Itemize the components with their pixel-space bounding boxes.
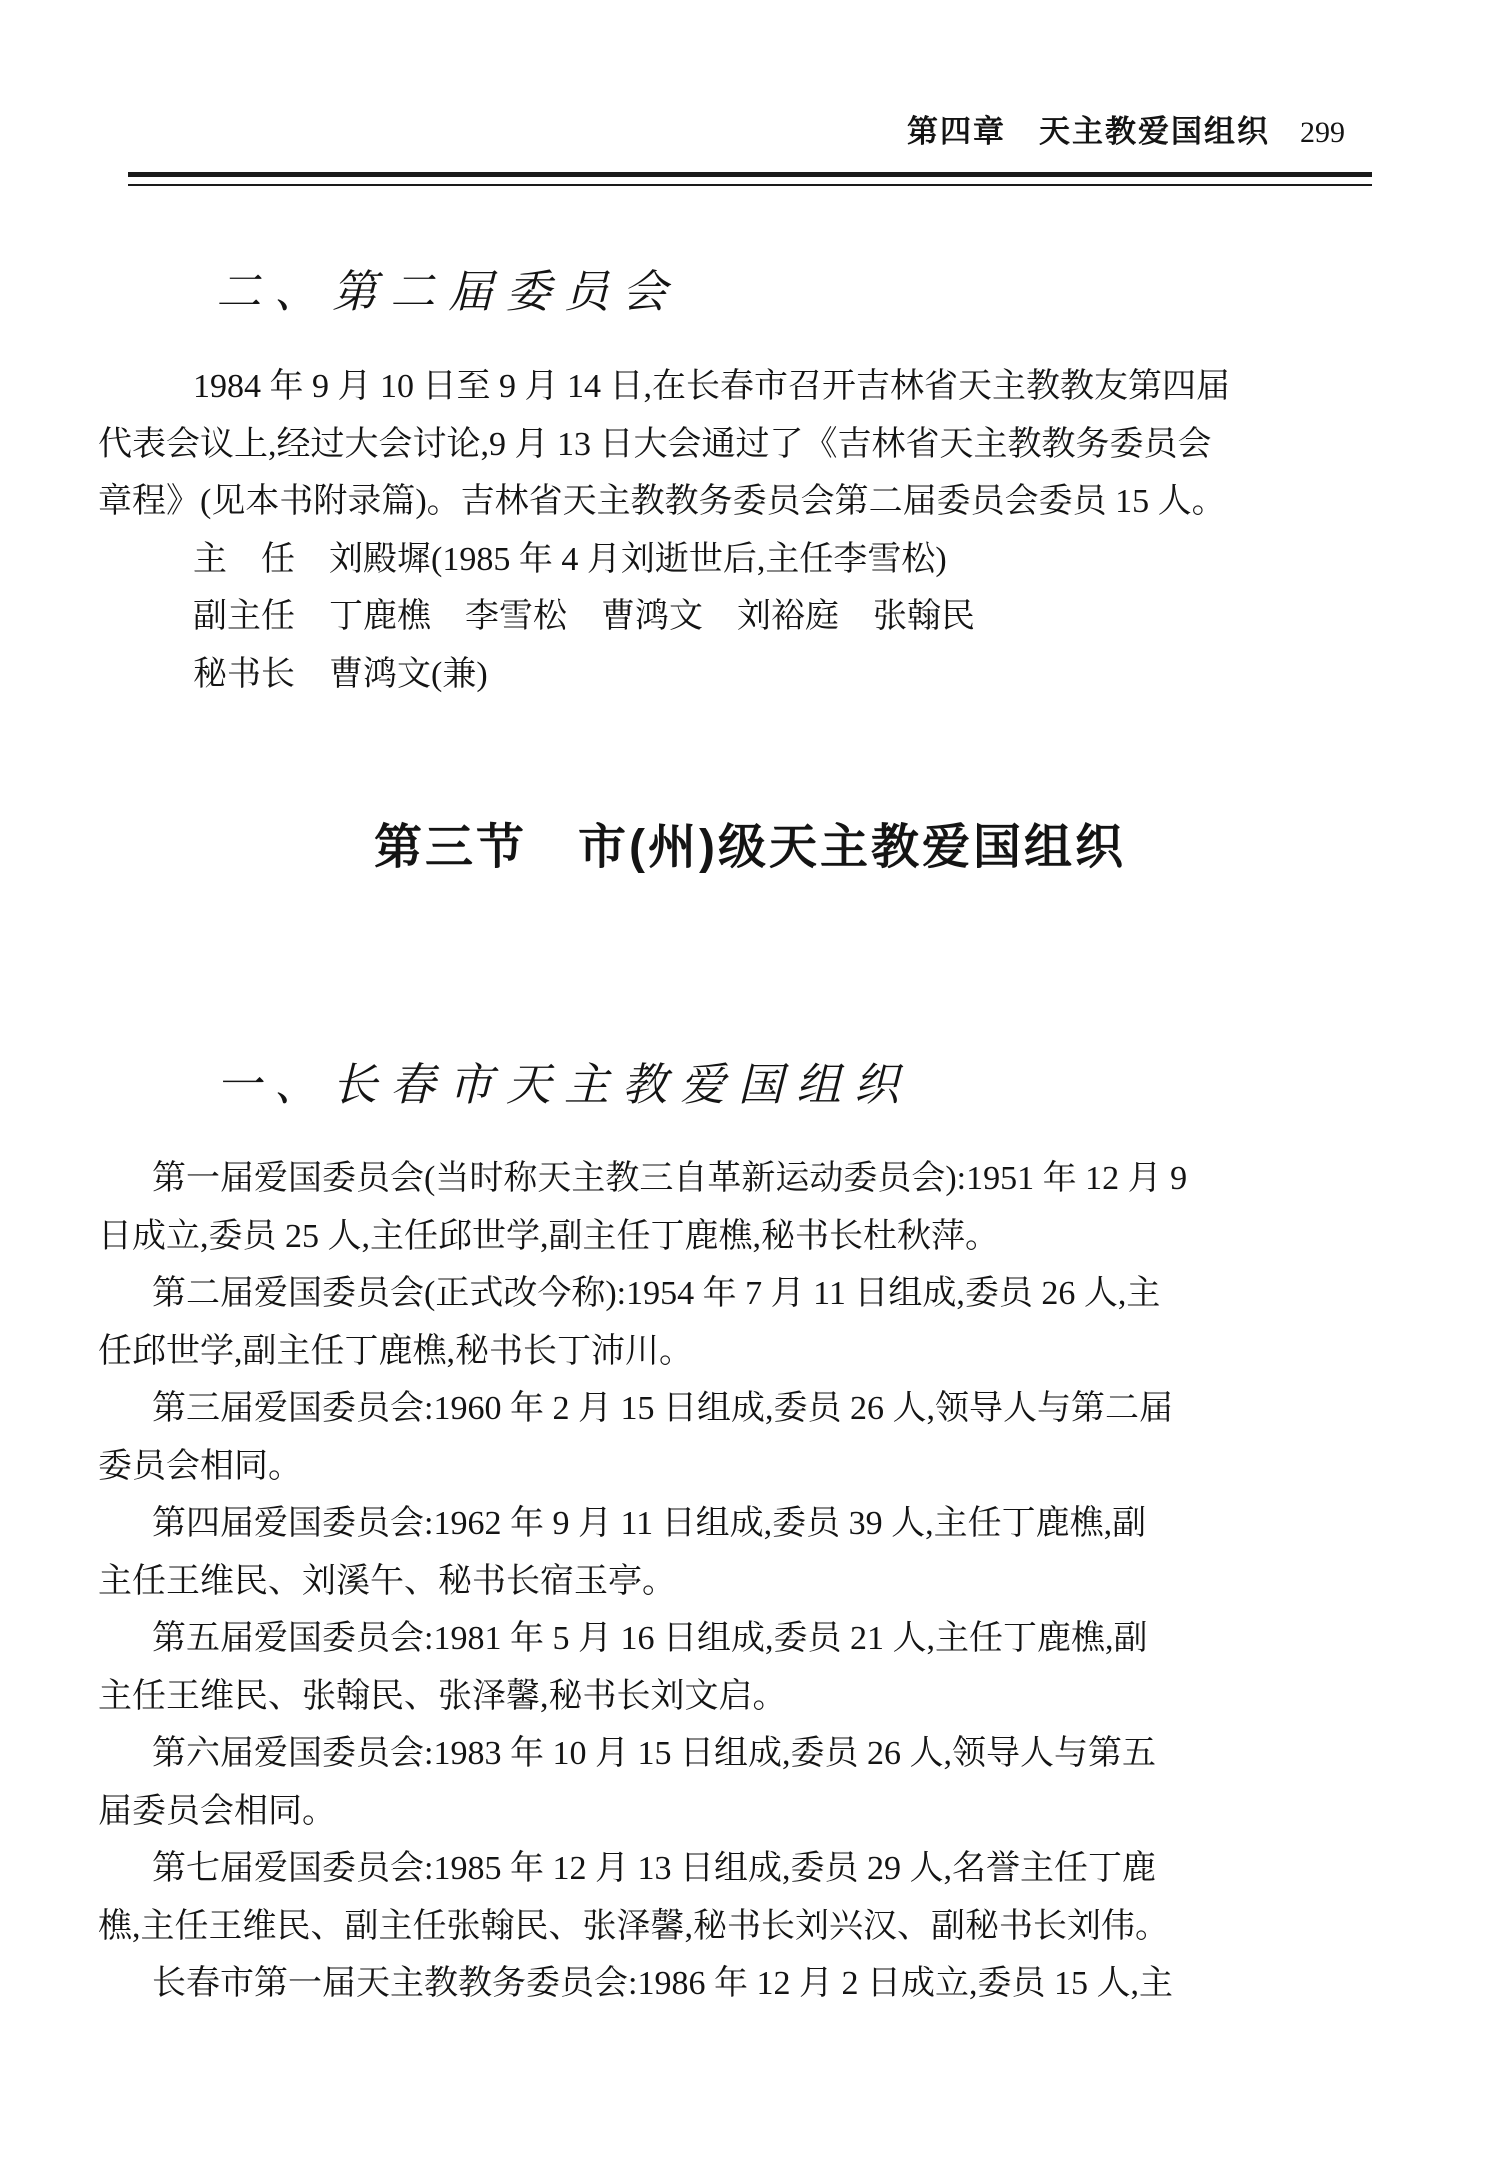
officer-line-vice-chairmen: 副主任 丁鹿樵 李雪松 曹鸿文 刘裕庭 张翰民 bbox=[98, 588, 1410, 646]
header-rule-thick bbox=[128, 172, 1372, 177]
text-line: 第七届爱国委员会:1985 年 12 月 13 日组成,委员 29 人,名誉主任… bbox=[98, 1840, 1410, 1898]
text-line: 代表会议上,经过大会讨论,9 月 13 日大会通过了《吉林省天主教教务委员会 bbox=[98, 416, 1410, 474]
text-line: 第六届爱国委员会:1983 年 10 月 15 日组成,委员 26 人,领导人与… bbox=[98, 1725, 1410, 1783]
text-line: 任邱世学,副主任丁鹿樵,秘书长丁沛川。 bbox=[98, 1323, 1410, 1381]
text-line: 第三届爱国委员会:1960 年 2 月 15 日组成,委员 26 人,领导人与第… bbox=[98, 1380, 1410, 1438]
text-line: 第四届爱国委员会:1962 年 9 月 11 日组成,委员 39 人,主任丁鹿樵… bbox=[98, 1495, 1410, 1553]
section-3-title: 第三节 市(州)级天主教爱国组织 bbox=[0, 808, 1500, 877]
running-head: 第四章 天主教爱国组织 299 bbox=[98, 106, 1345, 151]
text-line: 第五届爱国委员会:1981 年 5 月 16 日组成,委员 21 人,主任丁鹿樵… bbox=[98, 1610, 1410, 1668]
text-line: 日成立,委员 25 人,主任邱世学,副主任丁鹿樵,秘书长杜秋萍。 bbox=[98, 1208, 1410, 1266]
header-rule-thin bbox=[128, 184, 1372, 186]
text-line: 第二届爱国委员会(正式改今称):1954 年 7 月 11 日组成,委员 26 … bbox=[98, 1265, 1410, 1323]
text-line: 1984 年 9 月 10 日至 9 月 14 日,在长春市召开吉林省天主教教友… bbox=[98, 358, 1410, 416]
text-line: 章程》(见本书附录篇)。吉林省天主教教务委员会第二届委员会委员 15 人。 bbox=[98, 473, 1410, 531]
text-line: 长春市第一届天主教教务委员会:1986 年 12 月 2 日成立,委员 15 人… bbox=[98, 1955, 1410, 2013]
subsection-1-body: 第一届爱国委员会(当时称天主教三自革新运动委员会):1951 年 12 月 9 … bbox=[98, 1150, 1410, 2013]
text-line: 主任王维民、张翰民、张泽馨,秘书长刘文启。 bbox=[98, 1668, 1410, 1726]
subsection-2-body: 1984 年 9 月 10 日至 9 月 14 日,在长春市召开吉林省天主教教友… bbox=[98, 358, 1410, 703]
subsection-2-heading: 二、第二届委员会 bbox=[216, 255, 680, 320]
page-number: 299 bbox=[1300, 116, 1345, 149]
text-line: 樵,主任王维民、副主任张翰民、张泽馨,秘书长刘兴汉、副秘书长刘伟。 bbox=[98, 1898, 1410, 1956]
text-line: 届委员会相同。 bbox=[98, 1783, 1410, 1841]
text-line: 主任王维民、刘溪午、秘书长宿玉亭。 bbox=[98, 1553, 1410, 1611]
subsection-1-heading: 一、长春市天主教爱国组织 bbox=[216, 1048, 912, 1113]
officer-line-chairman: 主 任 刘殿墀(1985 年 4 月刘逝世后,主任李雪松) bbox=[98, 531, 1410, 589]
text-line: 委员会相同。 bbox=[98, 1438, 1410, 1496]
running-head-title: 第四章 天主教爱国组织 bbox=[907, 114, 1270, 149]
text-line: 第一届爱国委员会(当时称天主教三自革新运动委员会):1951 年 12 月 9 bbox=[98, 1150, 1410, 1208]
officer-line-secretary-general: 秘书长 曹鸿文(兼) bbox=[98, 646, 1410, 704]
book-page: 第四章 天主教爱国组织 299 二、第二届委员会 1984 年 9 月 10 日… bbox=[0, 0, 1500, 2158]
